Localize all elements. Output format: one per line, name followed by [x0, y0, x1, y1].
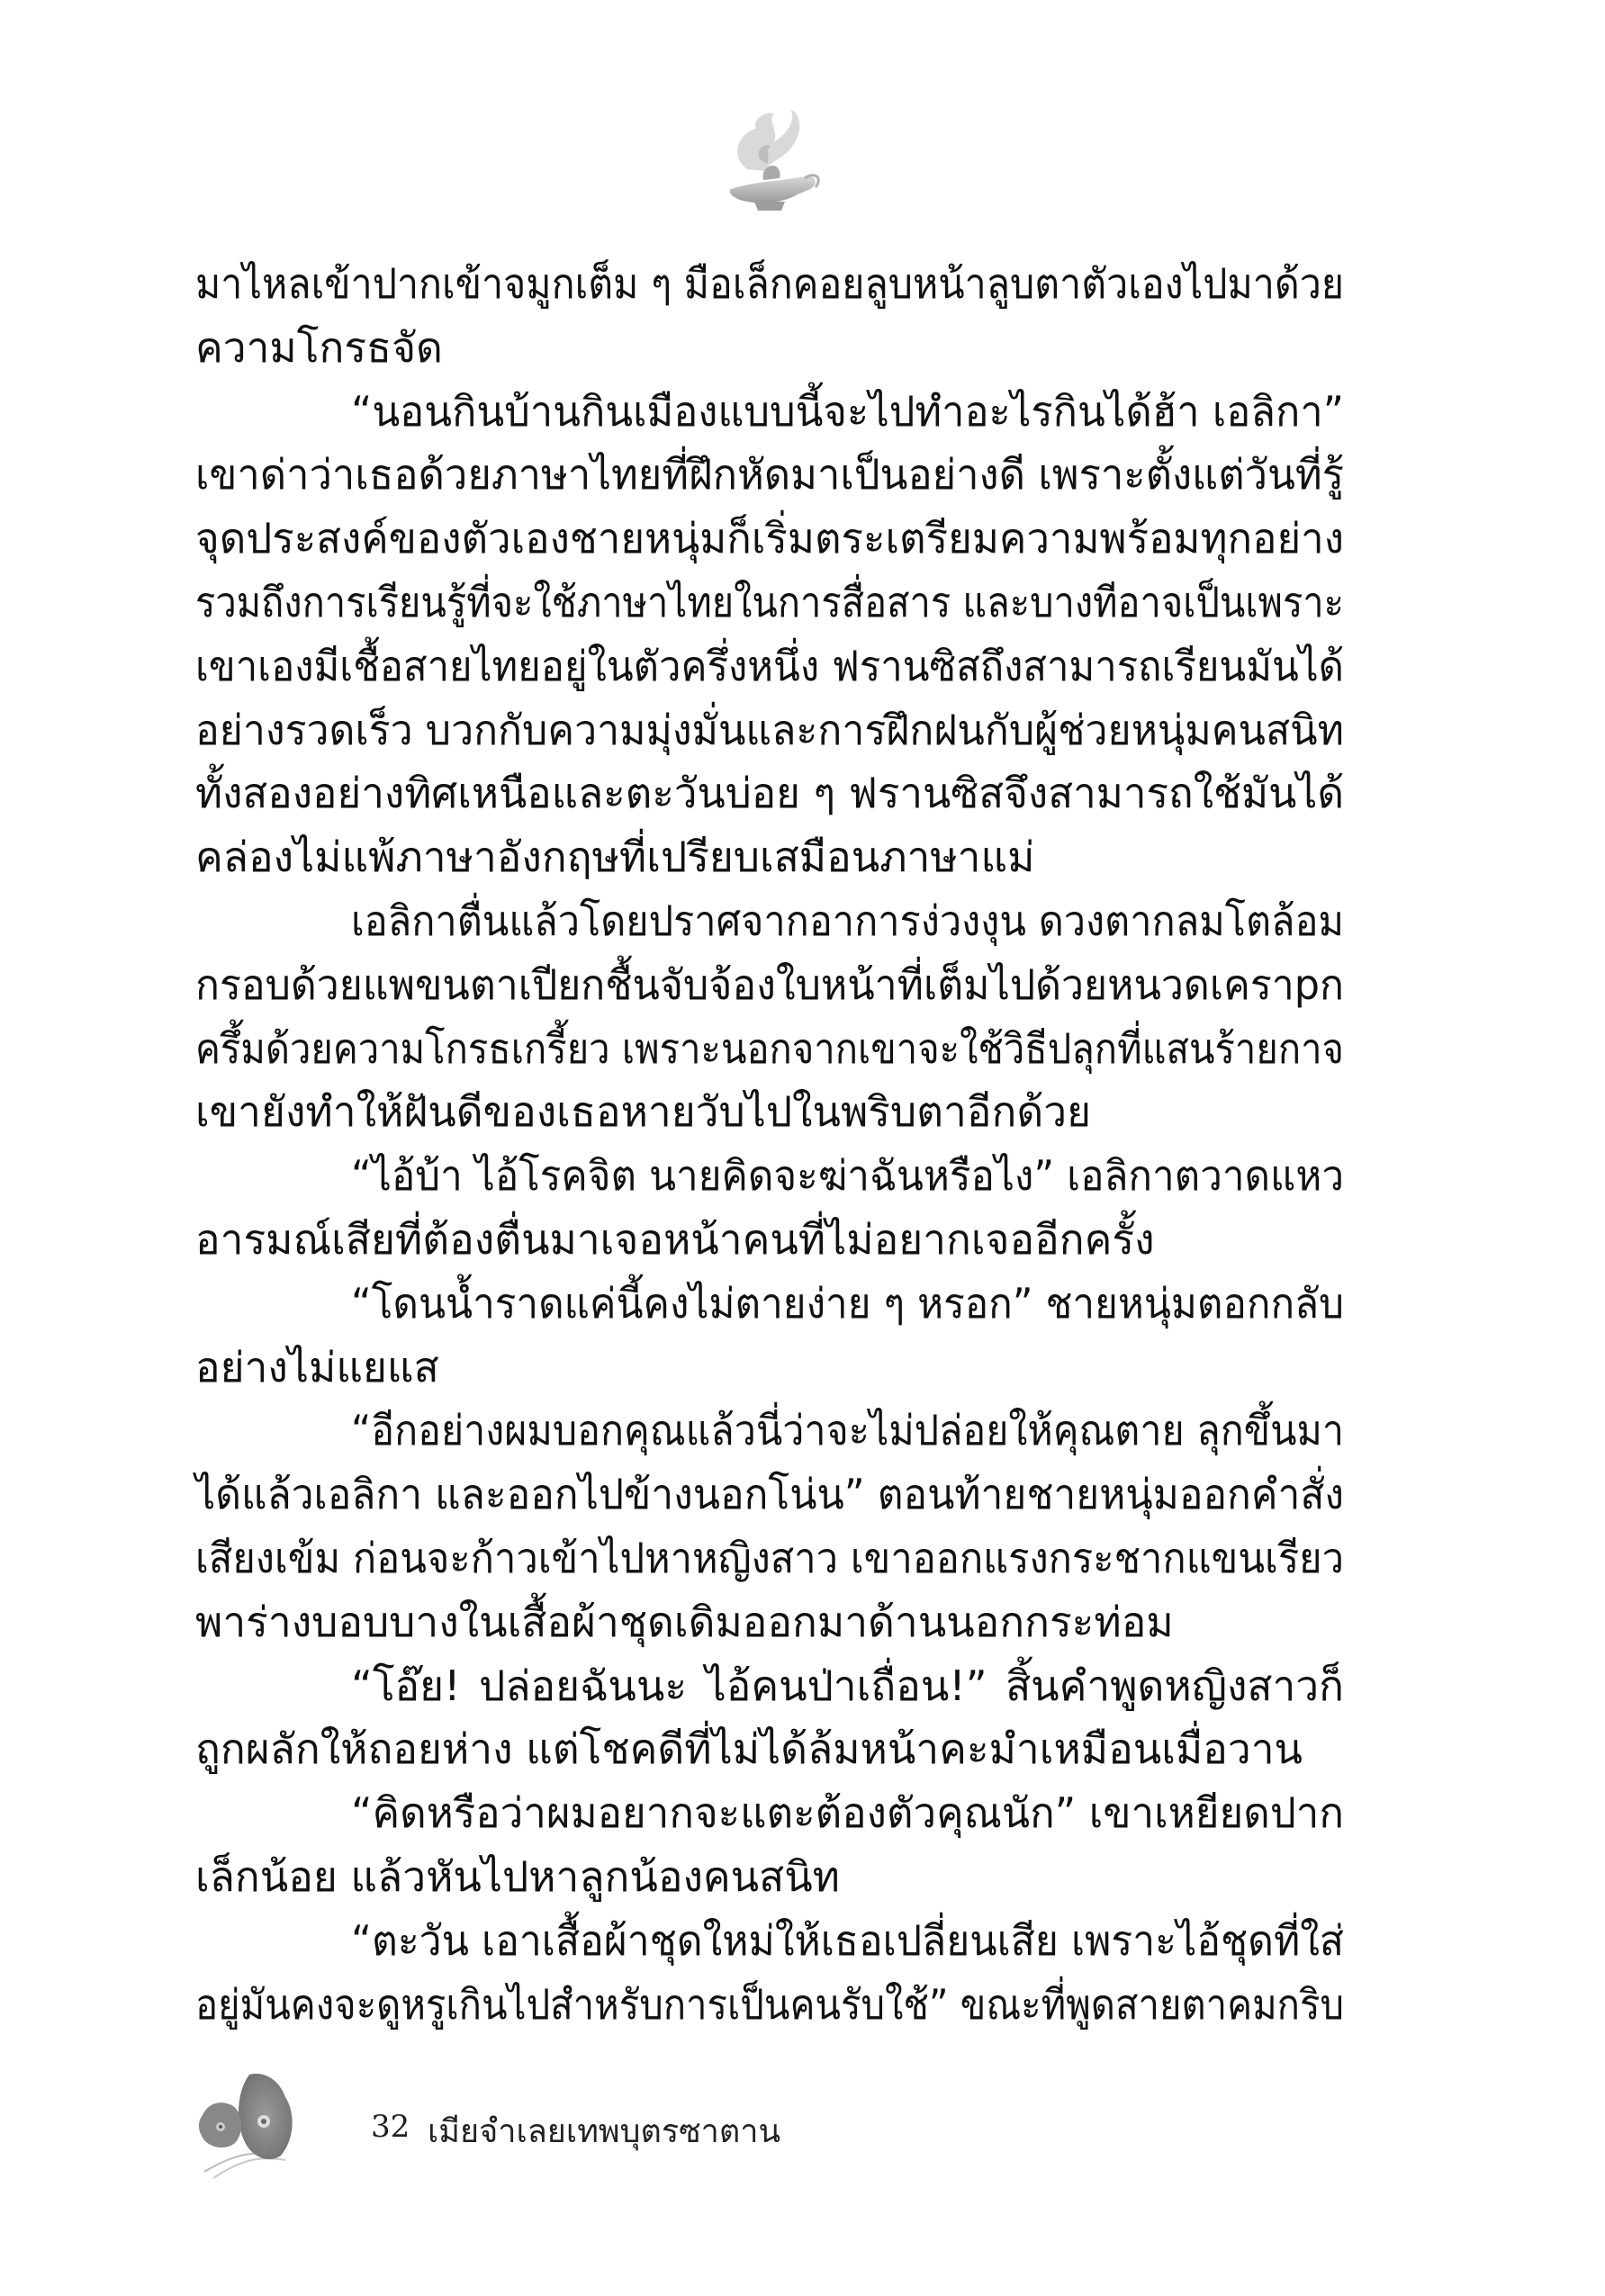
text-line: เอลิกาตื่นแล้วโดยปราศจากอาการง่วงงุน ดวง… [195, 889, 1344, 953]
text-line: ทั้งสองอย่างทิศเหนือและตะวันบ่อย ๆ ฟรานซ… [195, 761, 1344, 825]
flower-ornament-icon [195, 2066, 348, 2183]
text-line: อย่างรวดเร็ว บวกกับความมุ่งมั่นและการฝึก… [195, 698, 1344, 762]
text-line: “นอนกินบ้านกินเมืองแบบนี้จะไปทำอะไรกินได… [195, 380, 1344, 444]
text-line: “คิดหรือว่าผมอยากจะแตะต้องตัวคุณนัก” เขา… [195, 1781, 1344, 1845]
text-line: เล็กน้อย แล้วหันไปหาลูกน้องคนสนิท [195, 1845, 1344, 1909]
text-line: “อีกอย่างผมบอกคุณแล้วนี่ว่าจะไม่ปล่อยให้… [195, 1399, 1344, 1463]
text-line: อย่างไม่แยแส [195, 1336, 1344, 1400]
text-line: ความโกรธจัด [195, 316, 1344, 380]
text-line: พาร่างบอบบางในเสื้อผ้าชุดเดิมออกมาด้านนอ… [195, 1590, 1344, 1654]
text-line: “โอ๊ย! ปล่อยฉันนะ ไอ้คนป่าเถื่อน!” สิ้นค… [195, 1654, 1344, 1718]
text-line: เขาเองมีเชื้อสายไทยอยู่ในตัวครึ่งหนึ่ง ฟ… [195, 635, 1344, 698]
body-text: มาไหลเข้าปากเข้าจมูกเต็ม ๆ มือเล็กคอยลูบ… [195, 252, 1344, 2036]
text-line: คล่องไม่แพ้ภาษาอังกฤษที่เปรียบเสมือนภาษา… [195, 825, 1344, 889]
lamp-ornament-icon [711, 106, 828, 221]
text-line: “ไอ้บ้า ไอ้โรคจิต นายคิดจะฆ่าฉันหรือไง” … [195, 1144, 1344, 1208]
text-line: เขาด่าว่าเธอด้วยภาษาไทยที่ฝึกหัดมาเป็นอย… [195, 443, 1344, 507]
text-line: มาไหลเข้าปากเข้าจมูกเต็ม ๆ มือเล็กคอยลูบ… [195, 252, 1344, 316]
text-line: จุดประสงค์ของตัวเองชายหนุ่มก็เริ่มตระเตร… [195, 507, 1344, 571]
text-line: ถูกผลักให้ถอยห่าง แต่โชคดีที่ไม่ได้ล้มหน… [195, 1717, 1344, 1781]
text-line: อารมณ์เสียที่ต้องตื่นมาเจอหน้าคนที่ไม่อย… [195, 1208, 1344, 1272]
page-footer: 32 เมียจำเลยเทพบุตรซาตาน [195, 2066, 915, 2183]
text-line: ครึ้มด้วยความโกรธเกรี้ยว เพราะนอกจากเขาจ… [195, 1017, 1344, 1081]
book-title: เมียจำเลยเทพบุตรซาตาน [428, 2105, 780, 2156]
page-number: 32 [371, 2109, 410, 2145]
text-line: เขายังทำให้ฝันดีของเธอหายวับไปในพริบตาอี… [195, 1080, 1344, 1144]
text-line: กรอบด้วยแพขนตาเปียกชื้นจับจ้องใบหน้าที่เ… [195, 953, 1344, 1017]
text-line: ได้แล้วเอลิกา และออกไปข้างนอกโน่น” ตอนท้… [195, 1463, 1344, 1526]
text-line: รวมถึงการเรียนรู้ที่จะใช้ภาษาไทยในการสื่… [195, 571, 1344, 635]
text-line: เสียงเข้ม ก่อนจะก้าวเข้าไปหาหญิงสาว เขาอ… [195, 1526, 1344, 1590]
text-line: อยู่มันคงจะดูหรูเกินไปสำหรับการเป็นคนรับ… [195, 1973, 1344, 2037]
text-line: “โดนน้ำราดแค่นี้คงไม่ตายง่าย ๆ หรอก” ชาย… [195, 1272, 1344, 1336]
text-line: “ตะวัน เอาเสื้อผ้าชุดใหม่ให้เธอเปลี่ยนเส… [195, 1909, 1344, 1973]
